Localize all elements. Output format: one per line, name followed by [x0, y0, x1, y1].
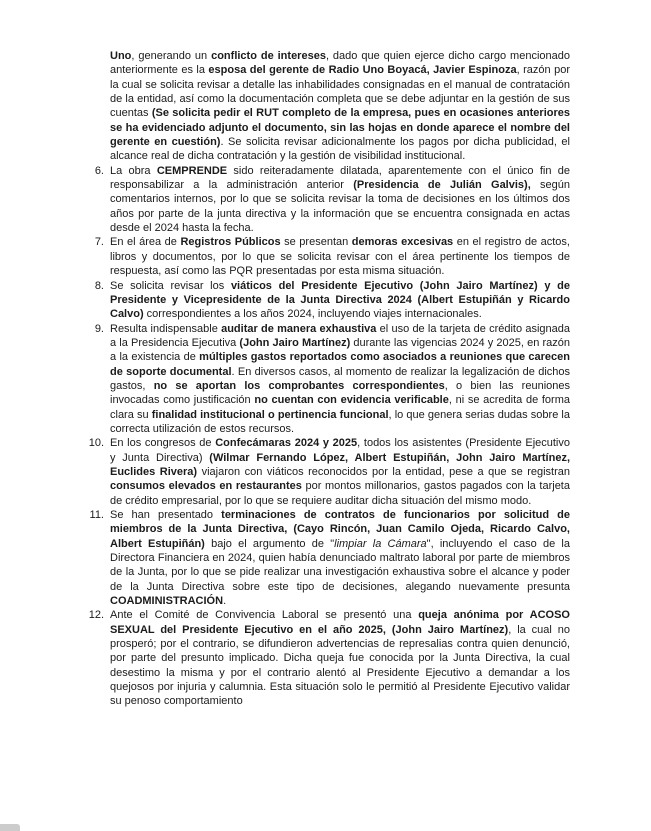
text-run: no se aportan los comprobantes correspon…: [154, 380, 445, 392]
text-run: esposa del gerente de Radio Uno Boyacá, …: [208, 64, 516, 76]
text-run: (Presidencia de Julián Galvis),: [353, 179, 531, 191]
list-item: 11.Se han presentado terminaciones de co…: [86, 508, 570, 608]
list-item: 10.En los congresos de Confecámaras 2024…: [86, 436, 570, 508]
text-run: viajaron con viáticos reconocidos por la…: [197, 466, 570, 478]
list-item: 7.En el área de Registros Públicos se pr…: [86, 235, 570, 278]
text-run: , generando un: [131, 50, 211, 62]
text-run: demoras excesivas: [352, 236, 453, 248]
list-item-text: Resulta indispensable auditar de manera …: [110, 322, 570, 437]
list-item: 12.Ante el Comité de Convivencia Laboral…: [86, 608, 570, 708]
text-run: Registros Públicos: [180, 236, 280, 248]
text-run: finalidad institucional o pertinencia fu…: [152, 409, 389, 421]
text-run: CEMPRENDE: [157, 165, 227, 177]
list-item-number: 9.: [86, 322, 104, 437]
text-run: limpiar la Cámara: [334, 538, 427, 550]
list-item-text: En el área de Registros Públicos se pres…: [110, 235, 570, 278]
document-page: Uno, generando un conflicto de intereses…: [0, 0, 651, 831]
list-item-number: 6.: [86, 164, 104, 236]
text-run: no cuentan con evidencia verificable: [254, 394, 448, 406]
list-item-text: La obra CEMPRENDE sido reiteradamente di…: [110, 164, 570, 236]
text-run: COADMINISTRACIÓN: [110, 595, 223, 607]
text-run: Se han presentado: [110, 509, 221, 521]
list-item-text: En los congresos de Confecámaras 2024 y …: [110, 436, 570, 508]
text-run: conflicto de intereses: [211, 50, 326, 62]
text-run: La obra: [110, 165, 157, 177]
numbered-list: 6.La obra CEMPRENDE sido reiteradamente …: [86, 164, 570, 709]
list-item-text: Ante el Comité de Convivencia Laboral se…: [110, 608, 570, 708]
text-run: En los congresos de: [110, 437, 215, 449]
text-run: consumos elevados en restaurantes: [110, 480, 302, 492]
text-run: .: [223, 595, 226, 607]
list-item-text: Se han presentado terminaciones de contr…: [110, 508, 570, 608]
text-run: bajo el argumento de ": [205, 538, 334, 550]
list-item-number: 12.: [86, 608, 104, 708]
text-run: , la cual no prosperó; por el contrario,…: [110, 624, 570, 708]
document-content: Uno, generando un conflicto de intereses…: [86, 49, 570, 709]
text-run: se presentan: [281, 236, 352, 248]
list-item-number: 10.: [86, 436, 104, 508]
list-item: 6.La obra CEMPRENDE sido reiteradamente …: [86, 164, 570, 236]
text-run: En el área de: [110, 236, 180, 248]
text-run: Resulta indispensable: [110, 323, 221, 335]
list-item-text: Se solicita revisar los viáticos del Pre…: [110, 279, 570, 322]
text-run: correspondientes a los años 2024, incluy…: [144, 308, 482, 320]
scan-artifact-mark: [0, 824, 20, 831]
text-run: Se solicita revisar los: [110, 280, 231, 292]
text-run: (John Jairo Martínez): [239, 337, 350, 349]
list-item-number: 11.: [86, 508, 104, 608]
text-run: auditar de manera exhaustiva: [221, 323, 376, 335]
list-item-number: 8.: [86, 279, 104, 322]
text-run: Ante el Comité de Convivencia Laboral se…: [110, 609, 418, 621]
list-item: 9.Resulta indispensable auditar de maner…: [86, 322, 570, 437]
text-run: Confecámaras 2024 y 2025: [215, 437, 357, 449]
list-item-number: 7.: [86, 235, 104, 278]
list-item: 8.Se solicita revisar los viáticos del P…: [86, 279, 570, 322]
paragraph-continuation: Uno, generando un conflicto de intereses…: [110, 49, 570, 164]
text-run: Uno: [110, 50, 131, 62]
